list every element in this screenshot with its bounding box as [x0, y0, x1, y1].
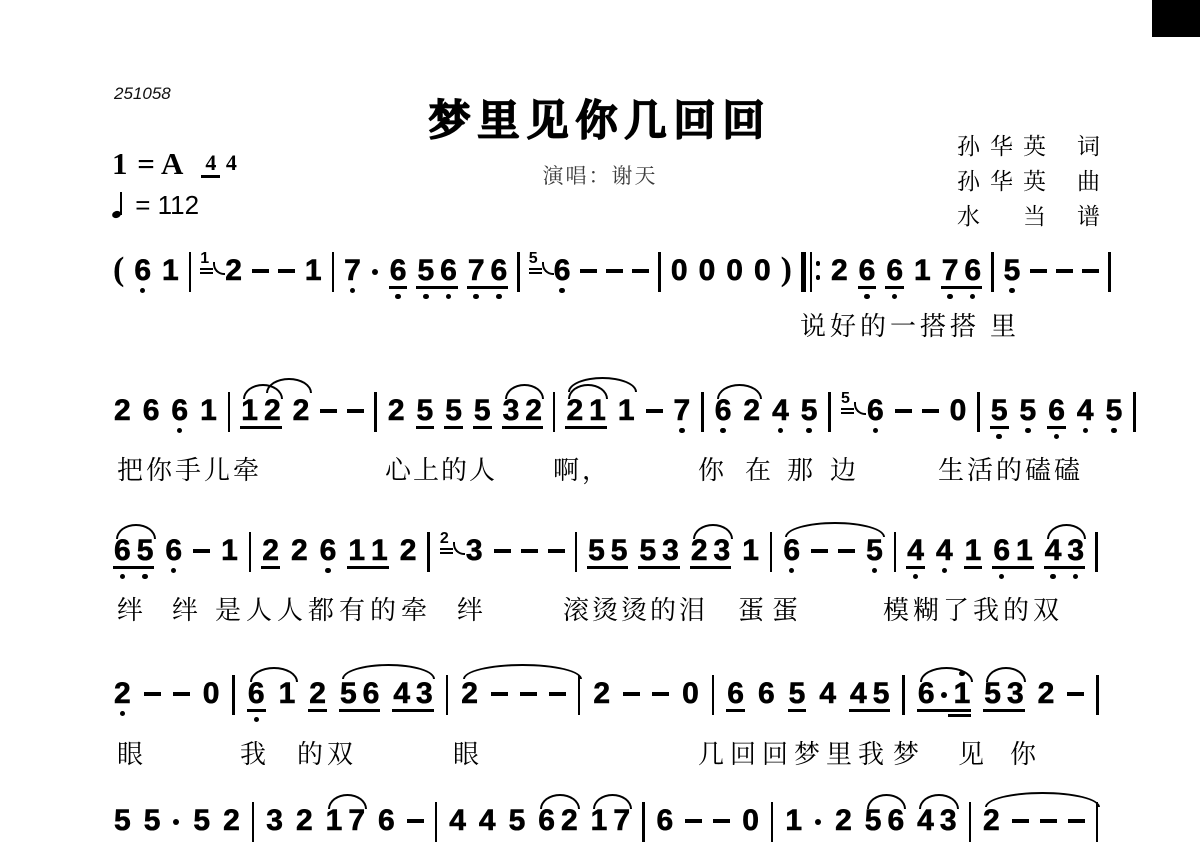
dash: [1030, 255, 1047, 287]
rest: 0: [949, 395, 968, 427]
low-octave-dot: [970, 294, 975, 299]
note: 6: [1047, 395, 1066, 427]
barline: [575, 532, 578, 572]
note: 3: [1006, 678, 1025, 710]
barline: [969, 802, 972, 842]
rest: 0: [741, 805, 760, 837]
low-octave-dot: [1009, 288, 1014, 293]
barline: [642, 802, 645, 842]
note: 1: [913, 255, 932, 287]
low-octave-dot: [1025, 428, 1030, 433]
barline: [1096, 675, 1099, 715]
dash: [491, 678, 508, 710]
barline: [770, 532, 773, 572]
lyric-segment: 我: [240, 734, 269, 771]
note: 5: [864, 805, 883, 837]
slur-tie-arc: [1047, 524, 1086, 539]
low-octave-dot: [1111, 428, 1116, 433]
credit-name-char: 英: [1018, 163, 1051, 196]
note: 2: [113, 678, 132, 710]
note: 6: [170, 395, 189, 427]
note: 6: [757, 678, 776, 710]
rest: 0: [725, 255, 744, 287]
lyric-segment: 滚烫烫的泪: [563, 590, 708, 627]
note: 2: [830, 255, 849, 287]
low-octave-dot: [864, 294, 869, 299]
note: 6: [553, 255, 572, 287]
credit-role: 词: [1072, 128, 1105, 161]
note: 2: [387, 395, 406, 427]
note: 6: [142, 395, 161, 427]
note: 7: [467, 255, 486, 287]
dash: [811, 535, 828, 567]
note: 5: [610, 535, 629, 567]
low-octave-dot: [559, 288, 564, 293]
credit-role: 谱: [1072, 198, 1105, 231]
note: 6: [885, 255, 904, 287]
quarter-note-icon: [112, 191, 124, 218]
note: 4: [1044, 535, 1063, 567]
augmentation-dot: [172, 805, 181, 837]
dash: [320, 395, 337, 427]
key-equals: =: [137, 146, 155, 181]
note: 5: [192, 805, 211, 837]
slur-tie-arc: [568, 377, 637, 392]
lyric-segment: 绊: [117, 590, 146, 627]
note: 6: [319, 535, 338, 567]
note: 5: [983, 678, 1002, 710]
note: 1: [199, 395, 218, 427]
note: 5: [416, 395, 435, 427]
barline: [249, 532, 252, 572]
note: 5: [113, 805, 132, 837]
note: 3: [465, 535, 484, 567]
note: 1: [617, 395, 636, 427]
low-octave-dot: [806, 428, 811, 433]
note: 1: [220, 535, 239, 567]
low-octave-dot: [913, 574, 918, 579]
note: 6: [656, 805, 675, 837]
dash: [606, 255, 623, 287]
barline: [553, 392, 556, 432]
note: 4: [478, 805, 497, 837]
note: 7: [612, 805, 631, 837]
key-tonic: 1: [112, 146, 130, 181]
note: 1: [370, 535, 389, 567]
key-signature: 1 = A 4 4: [112, 146, 237, 182]
note: 4: [392, 678, 411, 710]
note: 2: [834, 805, 853, 837]
note: 3: [939, 805, 958, 837]
note: 2: [742, 395, 761, 427]
note: 6: [782, 535, 801, 567]
note: 5: [1019, 395, 1038, 427]
note: 1: [325, 805, 344, 837]
lyric-segment: 梦: [893, 734, 922, 771]
augmentation-dot: [371, 255, 380, 287]
note: 5: [136, 535, 155, 567]
lyric-segment: 说好的一搭搭: [800, 306, 980, 343]
augmentation-dot: [814, 805, 823, 837]
note: 1: [588, 395, 607, 427]
low-octave-dot: [942, 568, 947, 573]
credit-name-char: 水: [952, 198, 985, 231]
note: 6: [133, 255, 152, 287]
barline: [1108, 252, 1111, 292]
note: 6: [866, 395, 885, 427]
credit-row: 水当谱: [952, 198, 1105, 233]
dash: [623, 678, 640, 710]
time-signature: 4 4: [201, 151, 237, 174]
dash: [252, 255, 269, 287]
note: 4: [1076, 395, 1095, 427]
dash: [580, 255, 597, 287]
low-octave-dot: [789, 568, 794, 573]
note: 6: [439, 255, 458, 287]
barline: [902, 675, 905, 715]
note: 6: [247, 678, 266, 710]
lyric-segment: 眼: [453, 734, 482, 771]
dash: [838, 535, 855, 567]
grace-note: 1: [200, 243, 215, 267]
dash: [548, 535, 565, 567]
low-octave-dot: [473, 294, 478, 299]
note: 6: [714, 395, 733, 427]
credit-name-char: 华: [985, 163, 1018, 196]
barline: [658, 252, 661, 292]
note: 5: [508, 805, 527, 837]
note: 5: [788, 678, 807, 710]
time-numerator: 4: [201, 150, 220, 178]
note: 1: [590, 805, 609, 837]
note: 1: [278, 678, 297, 710]
note: 5: [416, 255, 435, 287]
note: 4: [818, 678, 837, 710]
dash: [1067, 678, 1084, 710]
note: 2: [261, 535, 280, 567]
note: 7: [941, 255, 960, 287]
note: 6: [917, 678, 936, 710]
note: 1: [741, 535, 760, 567]
corner-mark: [1152, 0, 1200, 37]
barline: [894, 532, 897, 572]
note: 6: [164, 535, 183, 567]
dash: [1012, 805, 1029, 837]
repeat-begin-sign: [801, 252, 821, 292]
lyric-segment: 见: [958, 734, 987, 771]
note: 3: [1066, 535, 1085, 567]
note: 2: [982, 805, 1001, 837]
note: 1: [161, 255, 180, 287]
credit-name-char: 英: [1018, 128, 1051, 161]
dash: [1056, 255, 1073, 287]
key-letter: A: [161, 146, 182, 181]
barline: [374, 392, 377, 432]
note: 1: [347, 535, 366, 567]
low-octave-dot: [1050, 574, 1055, 579]
rest: 0: [670, 255, 689, 287]
note: 7: [347, 805, 366, 837]
credit-row: 孙华英词: [952, 128, 1105, 163]
slur-tie-arc: [986, 667, 1026, 682]
note: 1: [304, 255, 323, 287]
lyric-segment: 是人人都有的牵: [215, 590, 432, 627]
tempo-value: = 112: [135, 190, 199, 220]
credit-name-char: 孙: [952, 163, 985, 196]
note: 2: [524, 395, 543, 427]
music-line-5: 5552321764456217601256432: [113, 805, 1109, 837]
note: 4: [849, 678, 868, 710]
lyric-segment: 绊: [172, 590, 201, 627]
slur-tie-arc: [116, 524, 156, 539]
credit-row: 孙华英曲: [952, 163, 1105, 198]
note: 2: [263, 395, 282, 427]
rest: 0: [753, 255, 772, 287]
note: 6: [858, 255, 877, 287]
barline: [435, 802, 438, 842]
lyric-segment: 蛋蛋: [738, 590, 806, 627]
note: 1: [964, 535, 983, 567]
low-octave-dot: [496, 294, 501, 299]
lyric-segment: 生活的磕磕: [938, 450, 1083, 487]
dash: [713, 805, 730, 837]
low-octave-dot: [1073, 574, 1078, 579]
note: 5: [1105, 395, 1124, 427]
note: 7: [343, 255, 362, 287]
slur-tie-arc: [985, 792, 1100, 807]
note: 1: [784, 805, 803, 837]
note: 2: [1037, 678, 1056, 710]
barline: [427, 532, 430, 572]
dash: [407, 805, 424, 837]
lyric-segment: 那: [787, 450, 816, 487]
note: 2: [690, 535, 709, 567]
low-octave-dot: [1054, 434, 1059, 439]
note: 6: [886, 805, 905, 837]
music-line-3: 6561226112235553231654416143: [113, 535, 1108, 567]
barline: [332, 252, 335, 292]
note: 6: [963, 255, 982, 287]
slur-tie-arc: [342, 664, 435, 679]
note: 3: [502, 395, 521, 427]
note: 2: [460, 678, 479, 710]
time-denominator: 4: [226, 150, 237, 175]
slur-tie-arc: [505, 384, 544, 399]
barline: [771, 802, 774, 842]
note: 6: [726, 678, 745, 710]
dash: [922, 395, 939, 427]
note: 4: [916, 805, 935, 837]
dash: [278, 255, 295, 287]
low-octave-dot: [892, 294, 897, 299]
note: 2: [224, 255, 243, 287]
low-octave-dot: [873, 428, 878, 433]
dash: [1082, 255, 1099, 287]
low-octave-dot: [1083, 428, 1088, 433]
dash: [521, 535, 538, 567]
low-octave-dot: [395, 294, 400, 299]
low-octave-dot: [120, 574, 125, 579]
note: 1: [1015, 535, 1034, 567]
slur-tie-arc: [920, 667, 973, 682]
lyric-segment: 心上的人: [385, 450, 497, 487]
lyric-segment: 的双: [297, 734, 357, 771]
barline: [991, 252, 994, 292]
note: 5: [143, 805, 162, 837]
note: 5: [990, 395, 1009, 427]
note: 6: [490, 255, 509, 287]
parenthesis: ): [781, 254, 792, 286]
note: 2: [295, 805, 314, 837]
slur-tie-arc: [266, 378, 312, 393]
barline: [977, 392, 980, 432]
note: 3: [713, 535, 732, 567]
note: 6: [389, 255, 408, 287]
note: 3: [415, 678, 434, 710]
note: 5: [872, 678, 891, 710]
note: 5: [444, 395, 463, 427]
lyric-segment: 眼: [117, 734, 146, 771]
low-octave-dot: [171, 568, 176, 573]
barline: [1133, 392, 1136, 432]
lyric-segment: 几回回梦里我: [698, 734, 890, 771]
note: 2: [308, 678, 327, 710]
slur-tie-arc: [919, 794, 959, 809]
dash: [173, 678, 190, 710]
dash: [494, 535, 511, 567]
music-line-2: 26611222555322117624556055645: [113, 395, 1146, 427]
note: 4: [448, 805, 467, 837]
dash: [685, 805, 702, 837]
low-octave-dot: [350, 288, 355, 293]
tempo-marking: = 112: [112, 190, 199, 221]
note: 7: [673, 395, 692, 427]
note: 4: [771, 395, 790, 427]
credit-name-char: 华: [985, 128, 1018, 161]
slur-tie-arc: [593, 794, 632, 809]
music-line-4: 20612564322066544561532: [113, 678, 1111, 710]
low-octave-dot: [120, 711, 125, 716]
note: 6: [992, 535, 1011, 567]
credit-role: 曲: [1072, 163, 1105, 196]
dash: [144, 678, 161, 710]
rest: 0: [698, 255, 717, 287]
note: 5: [1003, 255, 1022, 287]
note: 2: [592, 678, 611, 710]
note: 2: [292, 395, 311, 427]
low-octave-dot: [142, 574, 147, 579]
rest: 0: [681, 678, 700, 710]
dash: [549, 678, 566, 710]
low-octave-dot: [446, 294, 451, 299]
barline: [1096, 802, 1099, 842]
dash: [520, 678, 537, 710]
low-octave-dot: [423, 294, 428, 299]
note: 6: [362, 678, 381, 710]
parenthesis: (: [113, 254, 124, 286]
slur-tie-arc: [693, 524, 733, 539]
slur-tie-arc: [540, 794, 580, 809]
low-octave-dot: [254, 717, 259, 722]
slur-tie-arc: [250, 667, 298, 682]
dash: [646, 395, 663, 427]
lyric-segment: 啊，: [553, 450, 611, 487]
lyric-segment: 绊: [457, 590, 486, 627]
barline: [517, 252, 520, 292]
dash: [1040, 805, 1057, 837]
note: 6: [537, 805, 556, 837]
note: 2: [399, 535, 418, 567]
note: 1: [953, 678, 972, 710]
note: 5: [473, 395, 492, 427]
note: 4: [935, 535, 954, 567]
dash: [652, 678, 669, 710]
note: 5: [587, 535, 606, 567]
barline: [578, 675, 581, 715]
lyric-segment: 把你手儿牵: [117, 450, 262, 487]
low-octave-dot: [947, 294, 952, 299]
slur-tie-arc: [867, 794, 906, 809]
low-octave-dot: [720, 428, 725, 433]
slur-tie-arc: [463, 664, 582, 679]
note: 2: [113, 395, 132, 427]
credit-name-char: 孙: [952, 128, 985, 161]
low-octave-dot: [177, 428, 182, 433]
note: 3: [661, 535, 680, 567]
low-octave-dot: [872, 568, 877, 573]
grace-note: 2: [440, 523, 455, 547]
barline: [232, 675, 235, 715]
slur-tie-arc: [717, 384, 762, 399]
note: 4: [906, 535, 925, 567]
note: 3: [265, 805, 284, 837]
lyric-segment: 在: [745, 450, 774, 487]
barline: [828, 392, 831, 432]
barline: [252, 802, 255, 842]
barline: [1095, 532, 1098, 572]
credit-name-char: 当: [1018, 198, 1051, 231]
lyric-segment: 模糊了我的双: [883, 590, 1063, 627]
lyric-segment: 你: [1010, 734, 1039, 771]
low-octave-dot: [679, 428, 684, 433]
low-octave-dot: [996, 434, 1001, 439]
note: 2: [560, 805, 579, 837]
sheet-music-page: 251058 梦里见你几回回 演唱：谢天 孙华英词孙华英曲水当谱 1 = A 4…: [0, 0, 1200, 850]
note: 2: [565, 395, 584, 427]
note: 6: [377, 805, 396, 837]
dash: [1068, 805, 1085, 837]
barline: [189, 252, 192, 292]
dash: [632, 255, 649, 287]
note: 5: [339, 678, 358, 710]
dash: [347, 395, 364, 427]
note: 5: [800, 395, 819, 427]
barline: [228, 392, 231, 432]
grace-note: 5: [841, 383, 856, 407]
lyric-segment: 边: [830, 450, 859, 487]
barline: [712, 675, 715, 715]
note: 1: [240, 395, 259, 427]
dash: [193, 535, 210, 567]
note: 5: [865, 535, 884, 567]
rest: 0: [202, 678, 221, 710]
grace-note: 5: [529, 243, 544, 267]
low-octave-dot: [999, 574, 1004, 579]
note: 2: [222, 805, 241, 837]
slur-tie-arc: [785, 522, 885, 537]
credits-block: 孙华英词孙华英曲水当谱: [952, 128, 1105, 233]
dash: [895, 395, 912, 427]
